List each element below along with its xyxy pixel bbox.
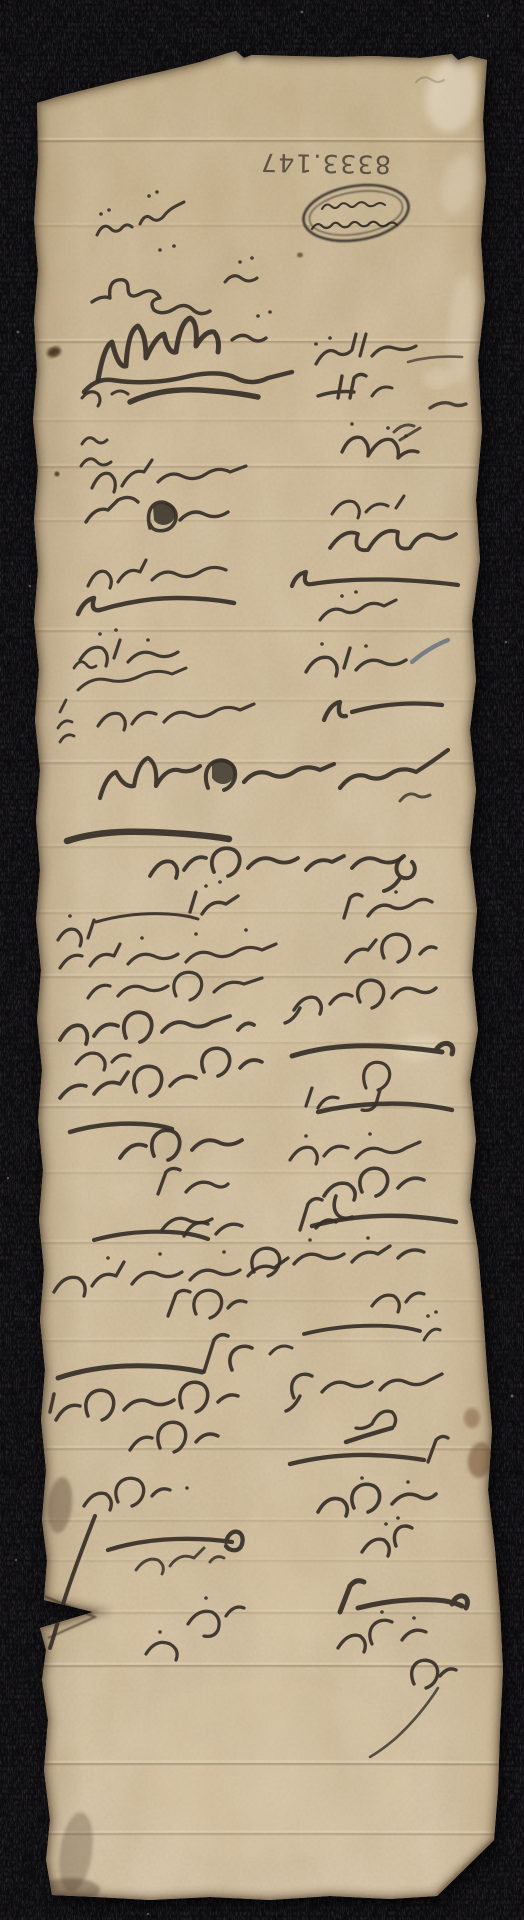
lint-speck	[15, 1559, 17, 1561]
lint-speck	[505, 641, 508, 644]
paper-crease-shadow	[30, 342, 505, 343]
lint-speck	[147, 1913, 149, 1915]
ink-dot	[238, 260, 242, 264]
paper-crease-shadow	[30, 521, 505, 522]
paper-crease-shadow	[30, 1561, 505, 1562]
ink-dot	[218, 880, 222, 884]
lint-speck	[29, 585, 32, 588]
paper-crease-shadow	[30, 1521, 505, 1522]
ink-dot	[340, 594, 344, 598]
paper-crease-shadow	[30, 701, 505, 702]
paper-crease-shadow	[30, 977, 505, 978]
paper-crease-shadow	[30, 913, 505, 914]
ink-dot	[222, 1250, 226, 1254]
ink-dot	[146, 638, 150, 642]
ink-dot	[244, 928, 248, 932]
paper-crease-shadow	[30, 1764, 505, 1765]
ink-dot	[172, 244, 176, 248]
ink-dot	[304, 1134, 308, 1138]
ink-dot	[354, 590, 358, 594]
lint-speck	[511, 1395, 514, 1398]
ink-dot	[204, 884, 208, 888]
ink-dot	[320, 642, 324, 646]
ink-dot	[158, 248, 162, 252]
ink-dot	[328, 336, 332, 340]
catalog-number: 8333.147	[259, 148, 391, 179]
scene-svg: 8333.147	[0, 0, 524, 1920]
ink-dot	[366, 1236, 370, 1240]
ink-dot	[368, 1132, 372, 1136]
ink-dot	[106, 1256, 110, 1260]
stain	[55, 472, 60, 477]
paper-crease-shadow	[30, 467, 505, 468]
paper-crease-shadow	[30, 1243, 505, 1244]
ink-dot	[68, 914, 72, 918]
lint-speck	[7, 1177, 9, 1179]
lint-speck	[17, 331, 20, 334]
ink-dot	[107, 208, 111, 212]
ink-dot	[194, 932, 198, 936]
ink-dot	[185, 1486, 189, 1490]
photograph-of-manuscript: 8333.147	[0, 0, 524, 1920]
lint-speck	[301, 11, 304, 14]
stain	[464, 1408, 480, 1428]
ink-dot	[98, 632, 102, 636]
ink-dot	[360, 1476, 364, 1480]
stain	[297, 253, 303, 258]
ink-dot	[364, 644, 368, 648]
paper-crease-shadow	[30, 1043, 505, 1044]
ink-dot	[404, 434, 408, 438]
lint-speck	[487, 15, 489, 17]
ink-dot	[256, 314, 260, 318]
paper-crease-shadow	[30, 847, 505, 848]
paper-crease-shadow	[30, 1173, 505, 1174]
ink-dot	[396, 1516, 400, 1520]
ink-dot	[380, 1610, 384, 1614]
ink-dot	[412, 1616, 416, 1620]
ink-dot	[384, 1522, 388, 1526]
ink-dot	[99, 212, 103, 216]
paper-crease-shadow	[30, 1834, 505, 1835]
ink-dot	[147, 194, 151, 198]
ink-dot	[158, 1630, 162, 1634]
paper-crease-shadow	[30, 1301, 505, 1302]
ink-dot	[268, 310, 272, 314]
ink-dot	[434, 1310, 438, 1314]
ink-dot	[250, 256, 254, 260]
paper-crease-shadow	[30, 631, 505, 632]
ink-dot	[350, 422, 354, 426]
paper-crease-shadow	[30, 1666, 505, 1667]
script-stroke	[153, 503, 175, 525]
ink-dot	[426, 1314, 430, 1318]
paper-crease-shadow	[30, 141, 505, 142]
ink-dot	[406, 1480, 410, 1484]
paper-crease-shadow	[30, 1341, 505, 1342]
ink-dot	[114, 628, 118, 632]
ink-dot	[140, 936, 144, 940]
ink-dot	[386, 426, 390, 430]
ink-dot	[155, 190, 159, 194]
ink-dot	[204, 1596, 208, 1600]
ink-dot	[158, 1252, 162, 1256]
ink-dot	[308, 1238, 312, 1242]
ink-dot	[314, 342, 318, 346]
ink-dot	[394, 890, 398, 894]
paper-crease-shadow	[30, 421, 505, 422]
